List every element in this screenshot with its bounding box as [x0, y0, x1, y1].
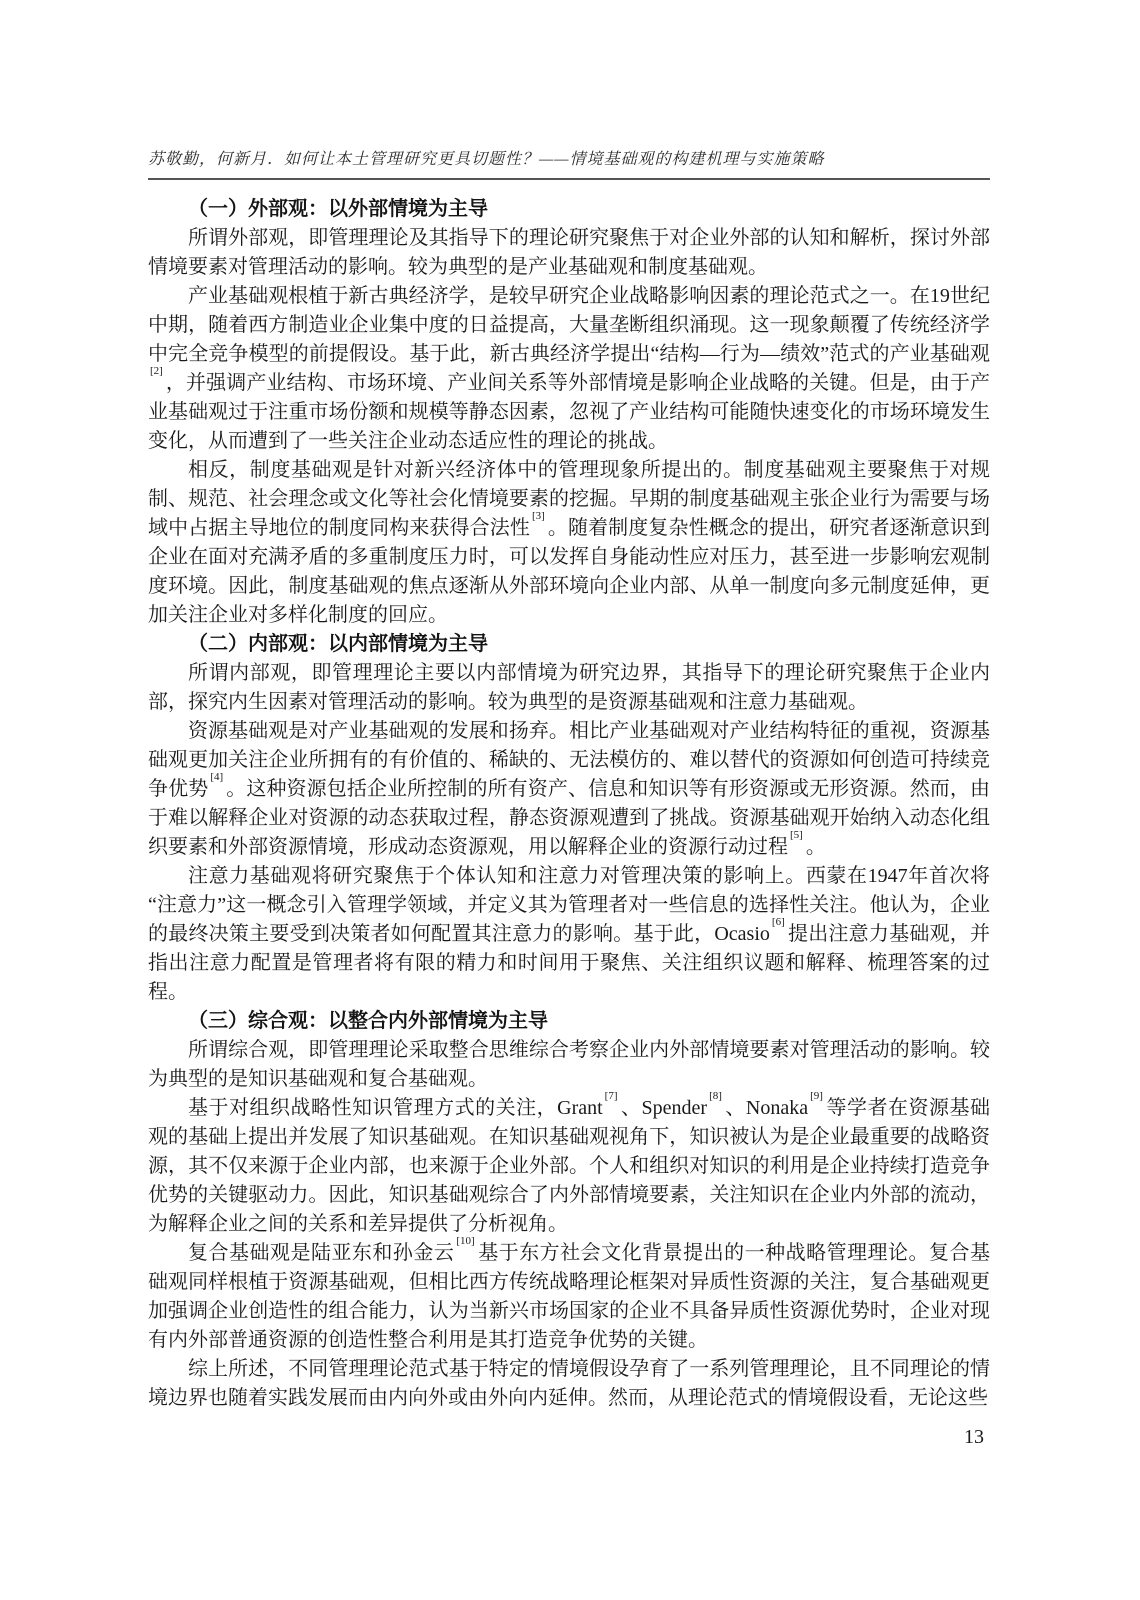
article-body: （一）外部观：以外部情境为主导所谓外部观，即管理理论及其指导下的理论研究聚焦于对…	[148, 195, 990, 1413]
paragraph: 所谓内部观，即管理理论主要以内部情境为研究边界，其指导下的理论研究聚焦于企业内部…	[148, 659, 990, 717]
citation-ref: [3]	[532, 510, 545, 522]
paragraph: 所谓外部观，即管理理论及其指导下的理论研究聚焦于对企业外部的认知和解析，探讨外部…	[148, 224, 990, 282]
section-heading: （二）内部观：以内部情境为主导	[148, 630, 990, 659]
running-header: 苏敬勤，何新月．如何让本土管理研究更具切题性？——情境基础观的构建机理与实施策略	[148, 146, 990, 180]
paragraph: 资源基础观是对产业基础观的发展和扬弃。相比产业基础观对产业结构特征的重视，资源基…	[148, 717, 990, 862]
paragraph: 复合基础观是陆亚东和孙金云[10]基于东方社会文化背景提出的一种战略管理理论。复…	[148, 1239, 990, 1355]
citation-ref: [7]	[605, 1090, 618, 1102]
section-heading: （一）外部观：以外部情境为主导	[148, 195, 990, 224]
citation-ref: [2]	[150, 365, 163, 377]
citation-ref: [10]	[456, 1235, 474, 1247]
citation-ref: [6]	[772, 916, 785, 928]
citation-ref: [9]	[810, 1090, 823, 1102]
citation-ref: [4]	[210, 771, 223, 783]
page-number: 13	[964, 1426, 984, 1449]
paragraph: 综上所述，不同管理理论范式基于特定的情境假设孕育了一系列管理理论，且不同理论的情…	[148, 1355, 990, 1413]
section-heading: （三）综合观：以整合内外部情境为主导	[148, 1007, 990, 1036]
paragraph: 注意力基础观将研究聚焦于个体认知和注意力对管理决策的影响上。西蒙在1947年首次…	[148, 862, 990, 1007]
paragraph: 产业基础观根植于新古典经济学，是较早研究企业战略影响因素的理论范式之一。在19世…	[148, 282, 990, 456]
document-page: 苏敬勤，何新月．如何让本土管理研究更具切题性？——情境基础观的构建机理与实施策略…	[0, 0, 1140, 1600]
running-header-text: 苏敬勤，何新月．如何让本土管理研究更具切题性？——情境基础观的构建机理与实施策略	[148, 151, 824, 168]
paragraph: 所谓综合观，即管理理论采取整合思维综合考察企业内外部情境要素对管理活动的影响。较…	[148, 1036, 990, 1094]
citation-ref: [8]	[709, 1090, 722, 1102]
citation-ref: [5]	[790, 829, 803, 841]
paragraph: 基于对组织战略性知识管理方式的关注，Grant[7]、Spender[8]、No…	[148, 1094, 990, 1239]
paragraph: 相反，制度基础观是针对新兴经济体中的管理现象所提出的。制度基础观主要聚焦于对规制…	[148, 456, 990, 630]
